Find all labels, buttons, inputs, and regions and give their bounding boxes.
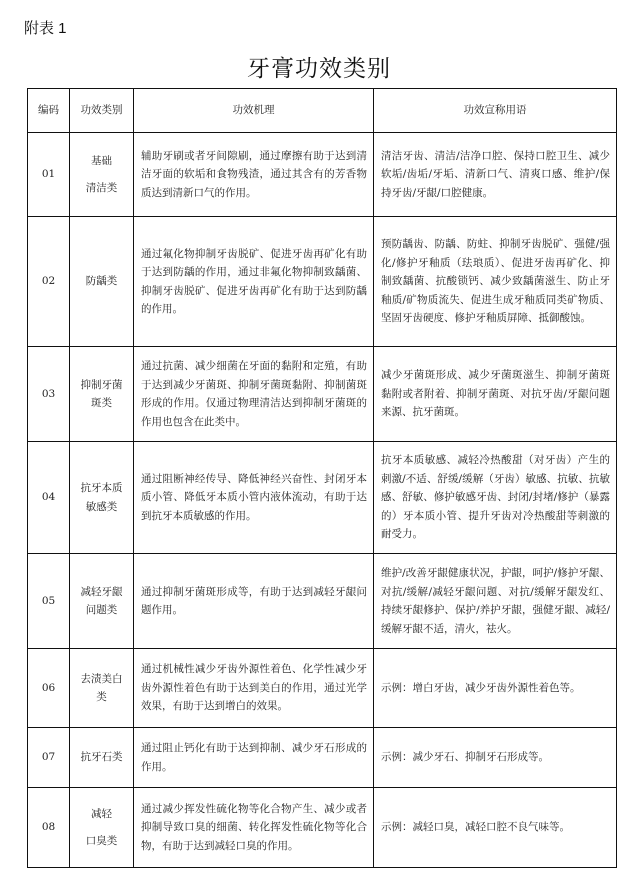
page-title: 牙膏功效类别: [0, 50, 638, 83]
header-code: 编码: [28, 89, 70, 133]
header-mechanism: 功效机理: [134, 89, 374, 133]
row-category: 基础 清洁类: [70, 133, 134, 217]
category-line: 斑类: [76, 394, 127, 413]
category-line: 类: [76, 688, 127, 707]
row-claims: 预防龋齿、防龋、防蛀、抑制牙齿脱矿、强健/强化/修护牙釉质（珐琅质）、促进牙齿再…: [374, 217, 617, 347]
row-category: 减轻牙龈 问题类: [70, 554, 134, 649]
row-category: 减轻 口臭类: [70, 788, 134, 868]
table-row: 07 抗牙石类 通过阻止钙化有助于达到抑制、减少牙石形成的作用。 示例：减少牙石…: [28, 728, 617, 788]
row-code: 06: [28, 649, 70, 728]
category-line: 基础: [76, 152, 127, 171]
category-line: 去渍美白: [76, 670, 127, 689]
row-claims: 减少牙菌斑形成、减少牙菌斑滋生、抑制牙菌斑黏附或者附着、抑制牙菌斑、对抗牙齿/牙…: [374, 347, 617, 442]
header-category: 功效类别: [70, 89, 134, 133]
table-row: 06 去渍美白 类 通过机械性减少牙齿外源性着色、化学性减少牙齿外源性着色有助于…: [28, 649, 617, 728]
category-line: 清洁类: [76, 179, 127, 198]
row-code: 03: [28, 347, 70, 442]
table-row: 05 减轻牙龈 问题类 通过抑制牙菌斑形成等，有助于达到减轻牙龈问题作用。 维护…: [28, 554, 617, 649]
row-category: 抗牙本质 敏感类: [70, 442, 134, 554]
row-code: 01: [28, 133, 70, 217]
row-claims: 维护/改善牙龈健康状况，护龈，呵护/修护牙龈、对抗/缓解/减轻牙龈问题、对抗/缓…: [374, 554, 617, 649]
header-claims: 功效宣称用语: [374, 89, 617, 133]
category-line: 减轻牙龈: [76, 583, 127, 602]
row-mechanism: 通过阻断神经传导、降低神经兴奋性、封闭牙本质小管、降低牙本质小管内液体流动，有助…: [134, 442, 374, 554]
category-line: 口臭类: [76, 832, 127, 851]
row-category: 抑制牙菌 斑类: [70, 347, 134, 442]
category-line: 防龋类: [76, 272, 127, 291]
category-line: 抗牙石类: [76, 748, 127, 767]
row-mechanism: 通过机械性减少牙齿外源性着色、化学性减少牙齿外源性着色有助于达到美白的作用，通过…: [134, 649, 374, 728]
toothpaste-efficacy-table: 编码 功效类别 功效机理 功效宣称用语 01 基础 清洁类 辅助牙刷或者牙间隙刷…: [27, 88, 617, 868]
row-mechanism: 通过抑制牙菌斑形成等，有助于达到减轻牙龈问题作用。: [134, 554, 374, 649]
table-row: 02 防龋类 通过氟化物抑制牙齿脱矿、促进牙齿再矿化有助于达到防龋的作用，通过非…: [28, 217, 617, 347]
row-mechanism: 通过氟化物抑制牙齿脱矿、促进牙齿再矿化有助于达到防龋的作用，通过非氟化物抑制致龋…: [134, 217, 374, 347]
row-mechanism: 辅助牙刷或者牙间隙刷，通过摩擦有助于达到清洁牙面的软垢和食物残渣，通过其含有的芳…: [134, 133, 374, 217]
row-claims: 清洁牙齿、清洁/洁净口腔、保持口腔卫生、减少软垢/齿垢/牙垢、清新口气、清爽口感…: [374, 133, 617, 217]
annex-label: 附表 1: [24, 17, 67, 38]
table-row: 08 减轻 口臭类 通过减少挥发性硫化物等化合物产生、减少或者抑制导致口臭的细菌…: [28, 788, 617, 868]
row-claims: 示例：减少牙石、抑制牙石形成等。: [374, 728, 617, 788]
row-category: 抗牙石类: [70, 728, 134, 788]
table-row: 01 基础 清洁类 辅助牙刷或者牙间隙刷，通过摩擦有助于达到清洁牙面的软垢和食物…: [28, 133, 617, 217]
row-code: 07: [28, 728, 70, 788]
row-code: 04: [28, 442, 70, 554]
category-line: 抑制牙菌: [76, 376, 127, 395]
category-line: 抗牙本质: [76, 479, 127, 498]
row-claims: 抗牙本质敏感、减轻冷热酸甜（对牙齿）产生的刺激/不适、舒缓/缓解（牙齿）敏感、抗…: [374, 442, 617, 554]
row-category: 防龋类: [70, 217, 134, 347]
row-code: 05: [28, 554, 70, 649]
row-claims: 示例：增白牙齿，减少牙齿外源性着色等。: [374, 649, 617, 728]
row-code: 08: [28, 788, 70, 868]
category-line: 问题类: [76, 601, 127, 620]
category-line: 敏感类: [76, 498, 127, 517]
table-row: 03 抑制牙菌 斑类 通过抗菌、减少细菌在牙面的黏附和定殖，有助于达到减少牙菌斑…: [28, 347, 617, 442]
row-claims: 示例：减轻口臭，减轻口腔不良气味等。: [374, 788, 617, 868]
table-row: 04 抗牙本质 敏感类 通过阻断神经传导、降低神经兴奋性、封闭牙本质小管、降低牙…: [28, 442, 617, 554]
category-line: 减轻: [76, 805, 127, 824]
row-code: 02: [28, 217, 70, 347]
row-mechanism: 通过抗菌、减少细菌在牙面的黏附和定殖，有助于达到减少牙菌斑、抑制牙菌斑黏附、抑制…: [134, 347, 374, 442]
row-mechanism: 通过减少挥发性硫化物等化合物产生、减少或者抑制导致口臭的细菌、转化挥发性硫化物等…: [134, 788, 374, 868]
row-category: 去渍美白 类: [70, 649, 134, 728]
table-header-row: 编码 功效类别 功效机理 功效宣称用语: [28, 89, 617, 133]
row-mechanism: 通过阻止钙化有助于达到抑制、减少牙石形成的作用。: [134, 728, 374, 788]
